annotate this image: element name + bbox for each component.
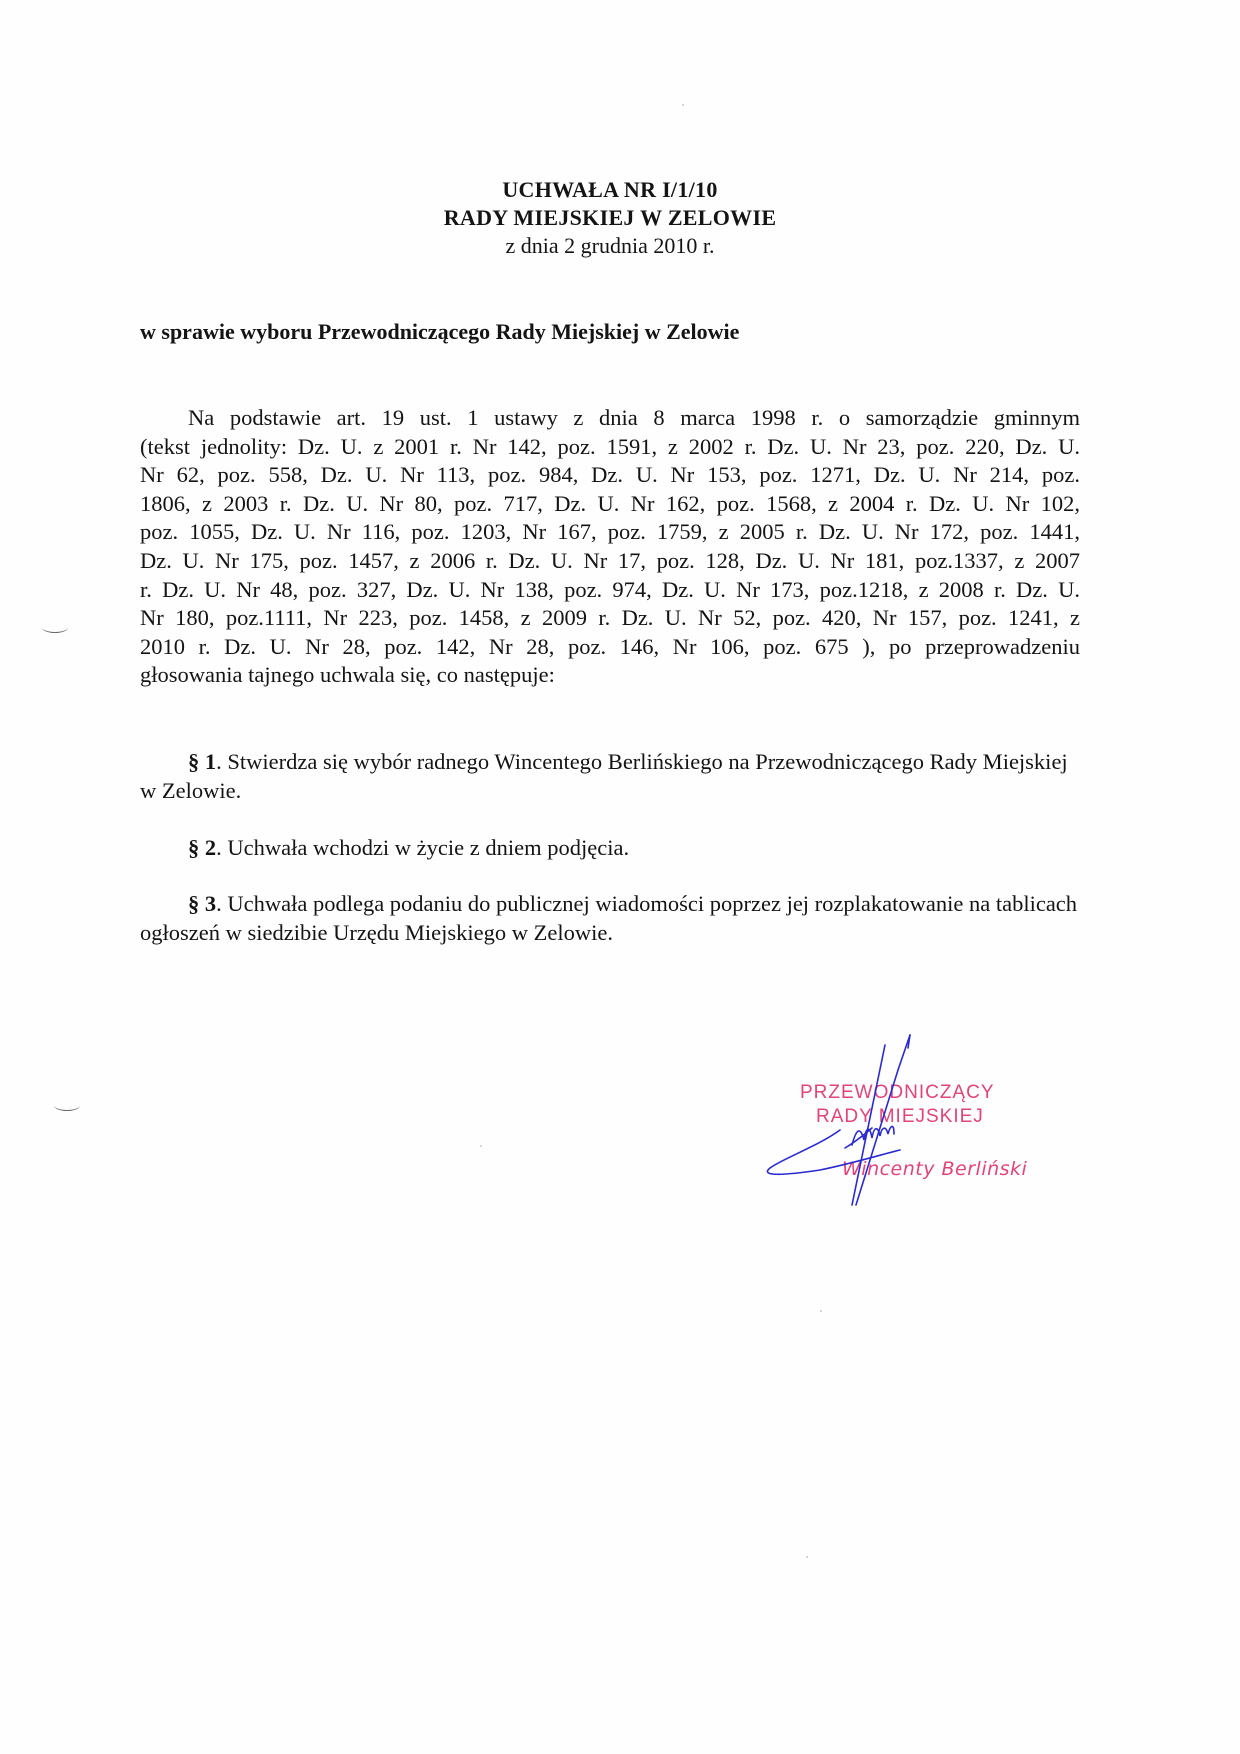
document-page: UCHWAŁA NR I/1/10 RADY MIEJSKIEJ W ZELOW…	[0, 0, 1240, 1754]
scan-speck	[806, 1556, 808, 1558]
paragraph-text: . Uchwała wchodzi w życie z dniem podjęc…	[216, 835, 629, 860]
preamble-line: Nr 180, poz.1111, Nr 223, poz. 1458, z 2…	[140, 604, 1080, 633]
preamble-line: 2010 r. Dz. U. Nr 28, poz. 142, Nr 28, p…	[140, 633, 1080, 662]
legal-basis-preamble: Na podstawie art. 19 ust. 1 ustawy z dni…	[140, 404, 1080, 690]
scan-speck	[480, 1145, 482, 1147]
punch-hole-mark	[54, 1100, 80, 1111]
paragraph-text: . Uchwała podlega podaniu do publicznej …	[140, 891, 1077, 945]
paragraph-symbol: § 3	[188, 891, 216, 916]
scan-speck	[820, 1310, 822, 1312]
resolution-heading: UCHWAŁA NR I/1/10 RADY MIEJSKIEJ W ZELOW…	[0, 176, 1220, 260]
preamble-line: (tekst jednolity: Dz. U. z 2001 r. Nr 14…	[140, 433, 1080, 462]
resolution-date: z dnia 2 grudnia 2010 r.	[0, 232, 1220, 260]
resolution-subject: w sprawie wyboru Przewodniczącego Rady M…	[140, 318, 739, 346]
paragraph-text: . Stwierdza się wybór radnego Wincentego…	[140, 749, 1068, 803]
punch-hole-mark	[42, 622, 68, 633]
paragraph-1: § 1. Stwierdza się wybór radnego Wincent…	[140, 748, 1080, 805]
preamble-line: Dz. U. Nr 175, poz. 1457, z 2006 r. Dz. …	[140, 547, 1080, 576]
council-name: RADY MIEJSKIEJ W ZELOWIE	[0, 204, 1220, 232]
preamble-line: poz. 1055, Dz. U. Nr 116, poz. 1203, Nr …	[140, 518, 1080, 547]
paragraph-2: § 2. Uchwała wchodzi w życie z dniem pod…	[140, 834, 1080, 863]
preamble-line: 1806, z 2003 r. Dz. U. Nr 80, poz. 717, …	[140, 490, 1080, 519]
preamble-line: Na podstawie art. 19 ust. 1 ustawy z dni…	[140, 404, 1080, 433]
paragraph-symbol: § 1	[188, 749, 216, 774]
paragraph-symbol: § 2	[188, 835, 216, 860]
preamble-line: r. Dz. U. Nr 48, poz. 327, Dz. U. Nr 138…	[140, 576, 1080, 605]
resolution-number: UCHWAŁA NR I/1/10	[0, 176, 1220, 204]
preamble-line: głosowania tajnego uchwala się, co nastę…	[140, 661, 1080, 690]
preamble-line: Nr 62, poz. 558, Dz. U. Nr 113, poz. 984…	[140, 461, 1080, 490]
handwritten-signature	[760, 1030, 1080, 1230]
scan-speck	[682, 104, 684, 106]
paragraph-3: § 3. Uchwała podlega podaniu do publiczn…	[140, 890, 1080, 947]
